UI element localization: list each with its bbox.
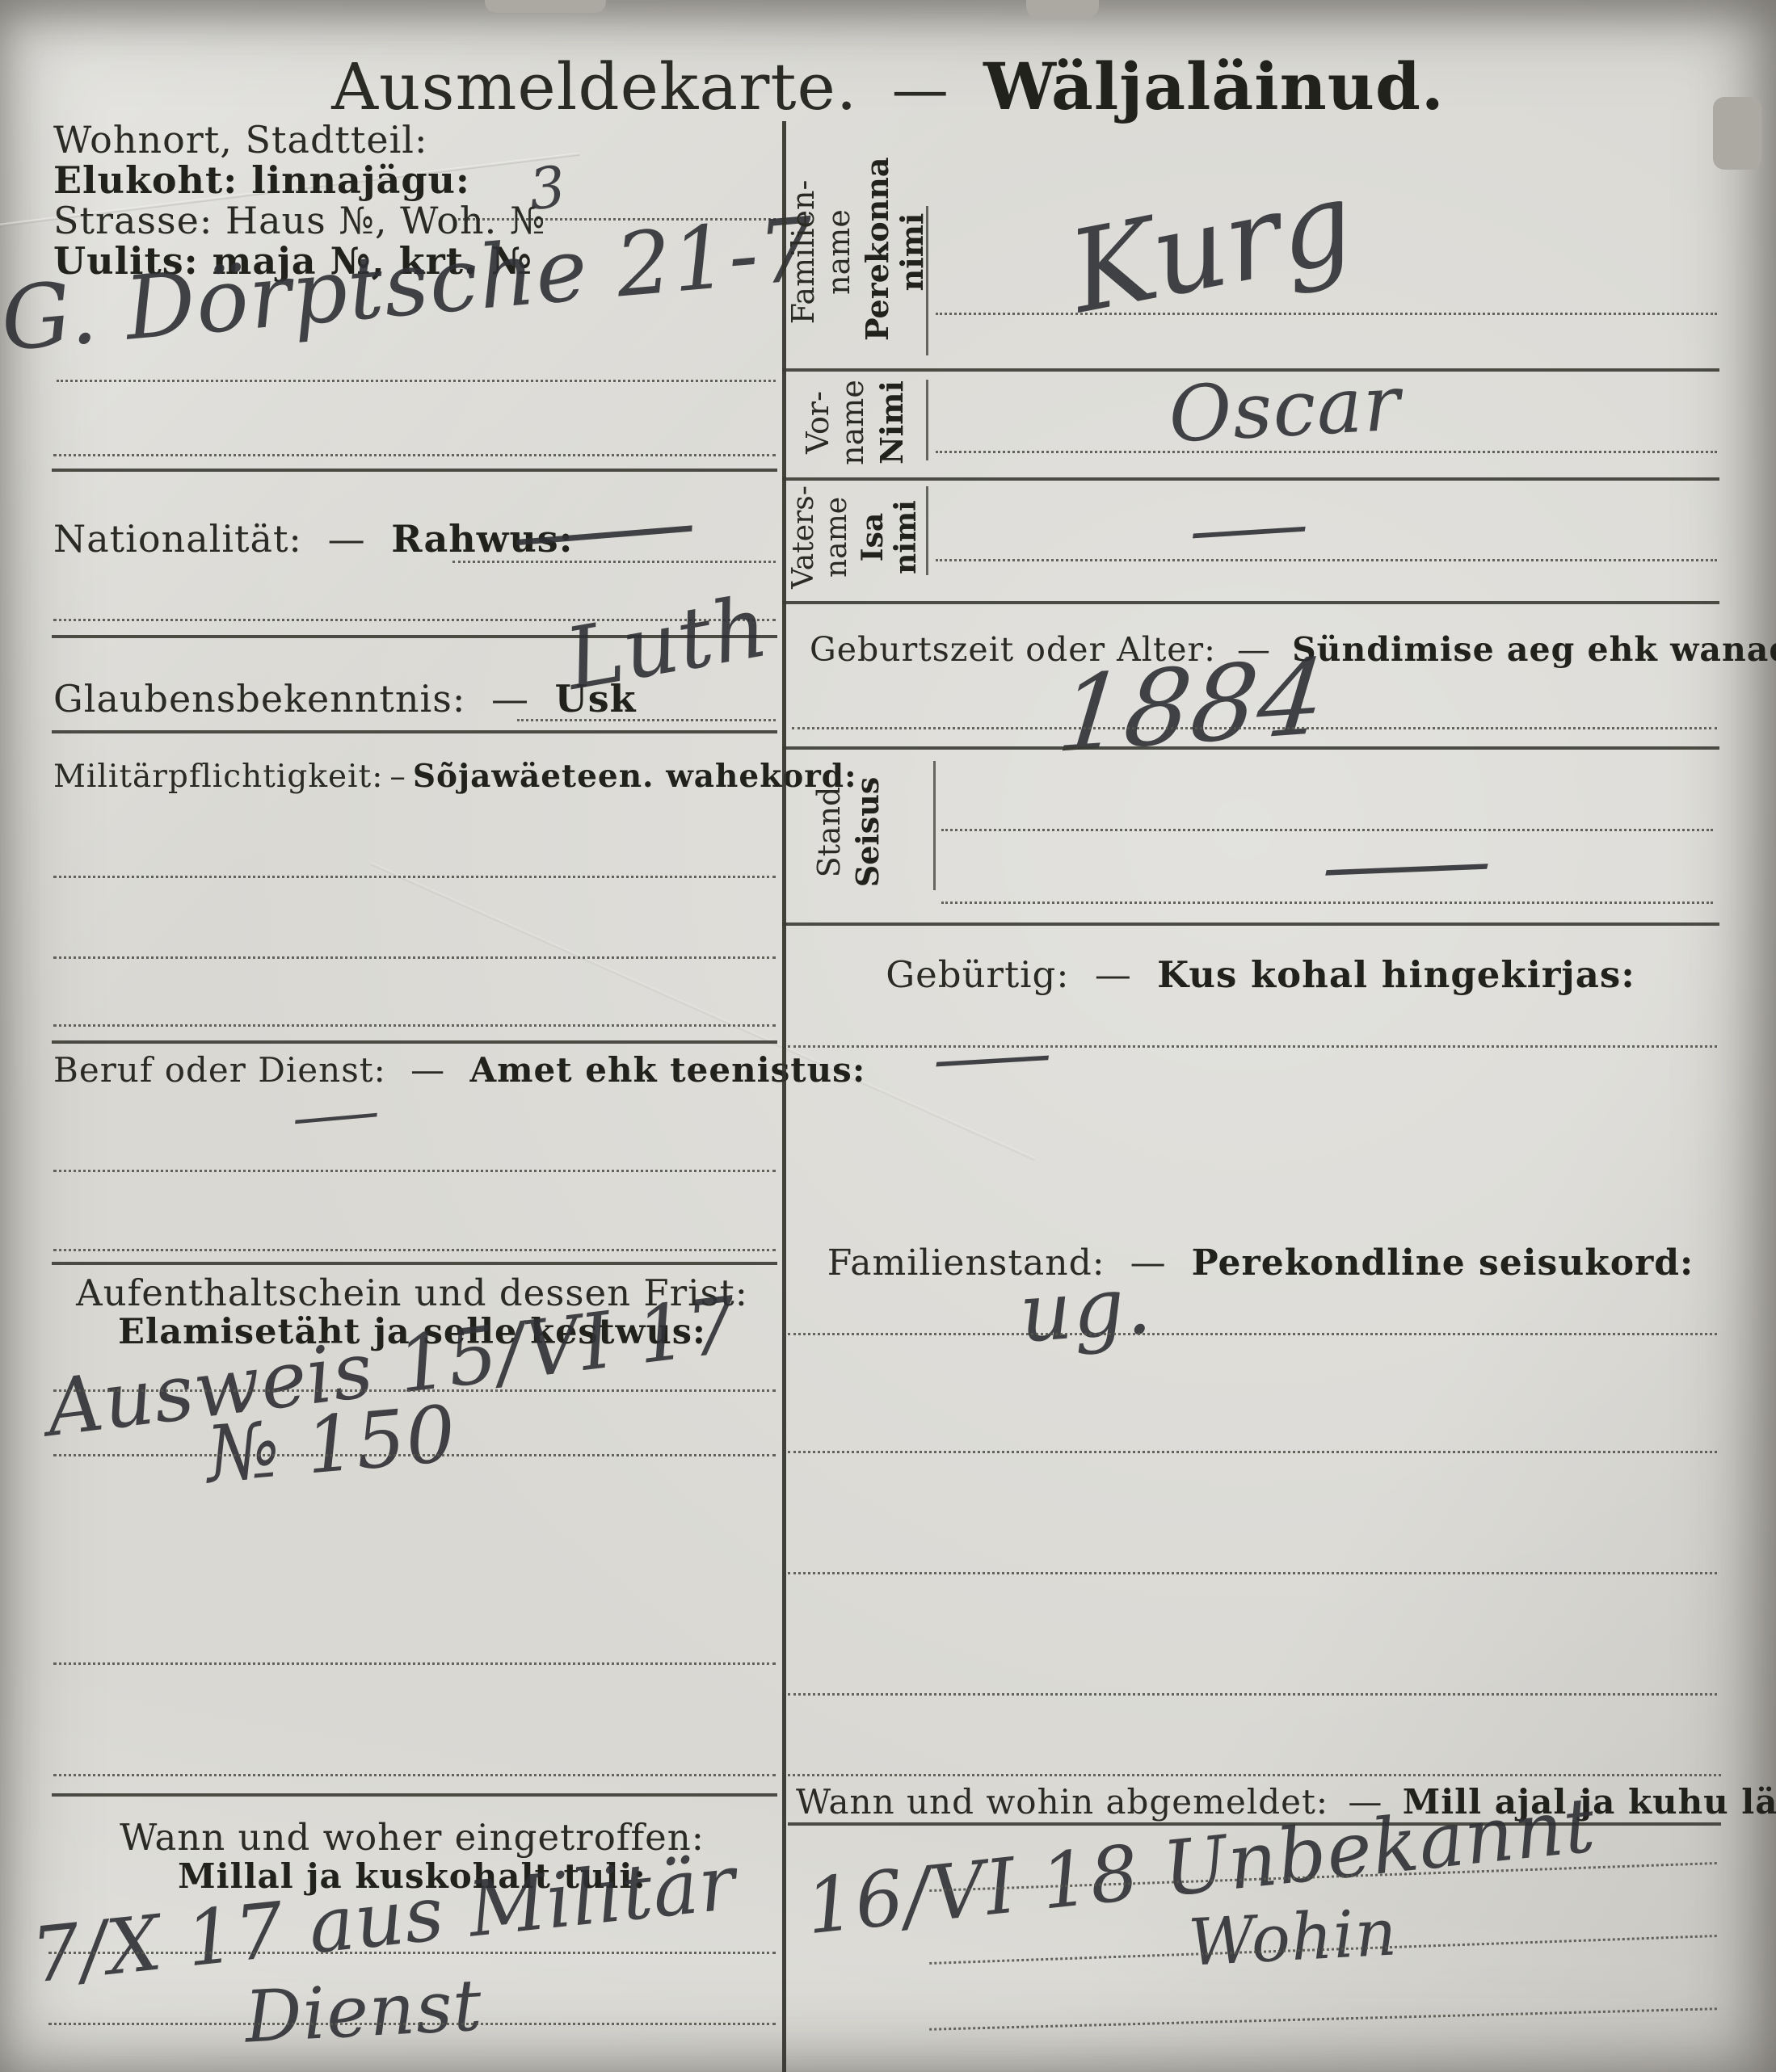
dotted-rule [53, 1454, 776, 1456]
dotted-rule [936, 313, 1717, 315]
father-name-vertical-label: Vaters-name Isa nimi [786, 477, 924, 598]
dotted-rule [53, 1662, 776, 1665]
birth-estonian: Sündimise aeg ehk wanadus: [1292, 630, 1776, 669]
section-divider [52, 730, 777, 733]
cell-divider [933, 761, 936, 890]
field-religion-label: Glaubensbekenntnis: — Usk [53, 677, 637, 721]
field-nationality-label: Nationalität: — Rahwus: [53, 517, 574, 561]
field-family-status-label: Familienstand: — Perekondline seisukord: [808, 1242, 1713, 1284]
status-german: Stand [812, 787, 847, 878]
section-divider [52, 1262, 777, 1265]
paper-tear [1026, 0, 1099, 18]
dotted-rule [48, 1952, 776, 1954]
field-profession-label: Beruf oder Dienst: — Amet ehk teenistus: [53, 1050, 865, 1090]
birthplace-separator: — [1095, 953, 1132, 996]
departure-german: Wann und wohin abgemeldet: [796, 1782, 1328, 1822]
first-name-vertical-label: Vor-name Nimi [786, 370, 924, 475]
family-status-value-handwritten: ug. [1016, 1257, 1155, 1360]
paper-tear [485, 0, 606, 13]
profession-separator: — [410, 1050, 445, 1090]
dotted-rule [53, 1774, 776, 1776]
family-name-vertical-label: Familien-name Perekonna nimi [789, 139, 927, 365]
dotted-rule [936, 451, 1717, 453]
birthplace-german: Gebürtig: [886, 953, 1069, 996]
profession-estonian: Amet ehk teenistus: [470, 1050, 866, 1090]
dotted-rule [788, 1572, 1717, 1574]
father-name-estonian: Isa nimi [856, 497, 923, 578]
religion-separator: — [491, 677, 529, 721]
row-divider [782, 746, 1719, 750]
dotted-rule [936, 559, 1717, 561]
dotted-rule [788, 1774, 1721, 1776]
label-elukoht-estonian: Elukoht: linnajägu: [53, 158, 470, 202]
dotted-rule [53, 1249, 776, 1251]
dotted-rule [788, 1693, 1717, 1696]
dotted-rule [57, 380, 776, 382]
religion-german: Glaubensbekenntnis: [53, 677, 465, 721]
dotted-rule [48, 2023, 776, 2025]
row-divider [782, 923, 1719, 926]
dotted-rule [792, 727, 1717, 729]
field-military-label: Militärpflichtigkeit:–Sõjawäeteen. wahek… [53, 758, 856, 795]
label-wohnort-german: Wohnort, Stadtteil: [53, 118, 428, 162]
first-name-german: Vor-name [801, 377, 871, 468]
section-divider [52, 1793, 777, 1797]
dotted-rule [53, 876, 776, 878]
dotted-rule [517, 719, 776, 721]
cell-divider [926, 380, 928, 460]
father-name-value-handwritten: — [1212, 485, 1286, 569]
status-estonian: Seisus [850, 777, 885, 887]
title-estonian: Wäljaläinud. [983, 48, 1445, 124]
nationality-separator: — [328, 517, 366, 561]
family-name-value-handwritten: Kurg [922, 129, 1502, 367]
section-divider [52, 1040, 777, 1044]
dotted-rule [788, 1451, 1717, 1453]
dotted-rule [929, 2007, 1717, 2031]
field-birthplace-label: Gebürtig: — Kus kohal hingekirjas: [808, 953, 1713, 996]
military-separator: – [389, 759, 406, 795]
nationality-value-handwritten: — [558, 477, 647, 580]
dotted-rule [53, 1024, 776, 1027]
birth-value-handwritten: 1884 [1052, 637, 1331, 776]
paper-crease [370, 862, 1036, 1161]
dotted-rule [53, 1170, 776, 1172]
registration-card: Ausmeldekarte. — Wäljaläinud. Wohnort, S… [0, 0, 1776, 2072]
birthplace-estonian: Kus kohal hingekirjas: [1157, 953, 1635, 996]
father-name-german: Vaters-name [787, 484, 853, 590]
dotted-rule [788, 1333, 1717, 1335]
title-german: Ausmeldekarte. [331, 49, 857, 124]
cell-divider [926, 486, 928, 575]
cell-divider [926, 206, 928, 355]
birthplace-value-handwritten: — [957, 1016, 1027, 1096]
status-vertical-label: Stand Seisus [788, 745, 909, 919]
military-german: Militärpflichtigkeit: [53, 759, 383, 795]
religion-value-handwritten: Luth [558, 577, 776, 709]
dotted-rule [53, 454, 776, 456]
card-title: Ausmeldekarte. — Wäljaläinud. [0, 48, 1776, 124]
nationality-german: Nationalität: [53, 517, 302, 561]
first-name-estonian: Nimi [874, 380, 909, 464]
title-separator: — [892, 57, 949, 123]
dotted-rule [53, 956, 776, 959]
family-name-german: Familien-name [786, 167, 856, 337]
family-status-estonian: Perekondline seisukord: [1192, 1242, 1694, 1284]
profession-value-handwritten: — [307, 1081, 364, 1147]
row-divider [782, 601, 1719, 604]
status-value-handwritten: — [1366, 816, 1447, 910]
family-name-estonian: Perekonna nimi [860, 163, 930, 341]
